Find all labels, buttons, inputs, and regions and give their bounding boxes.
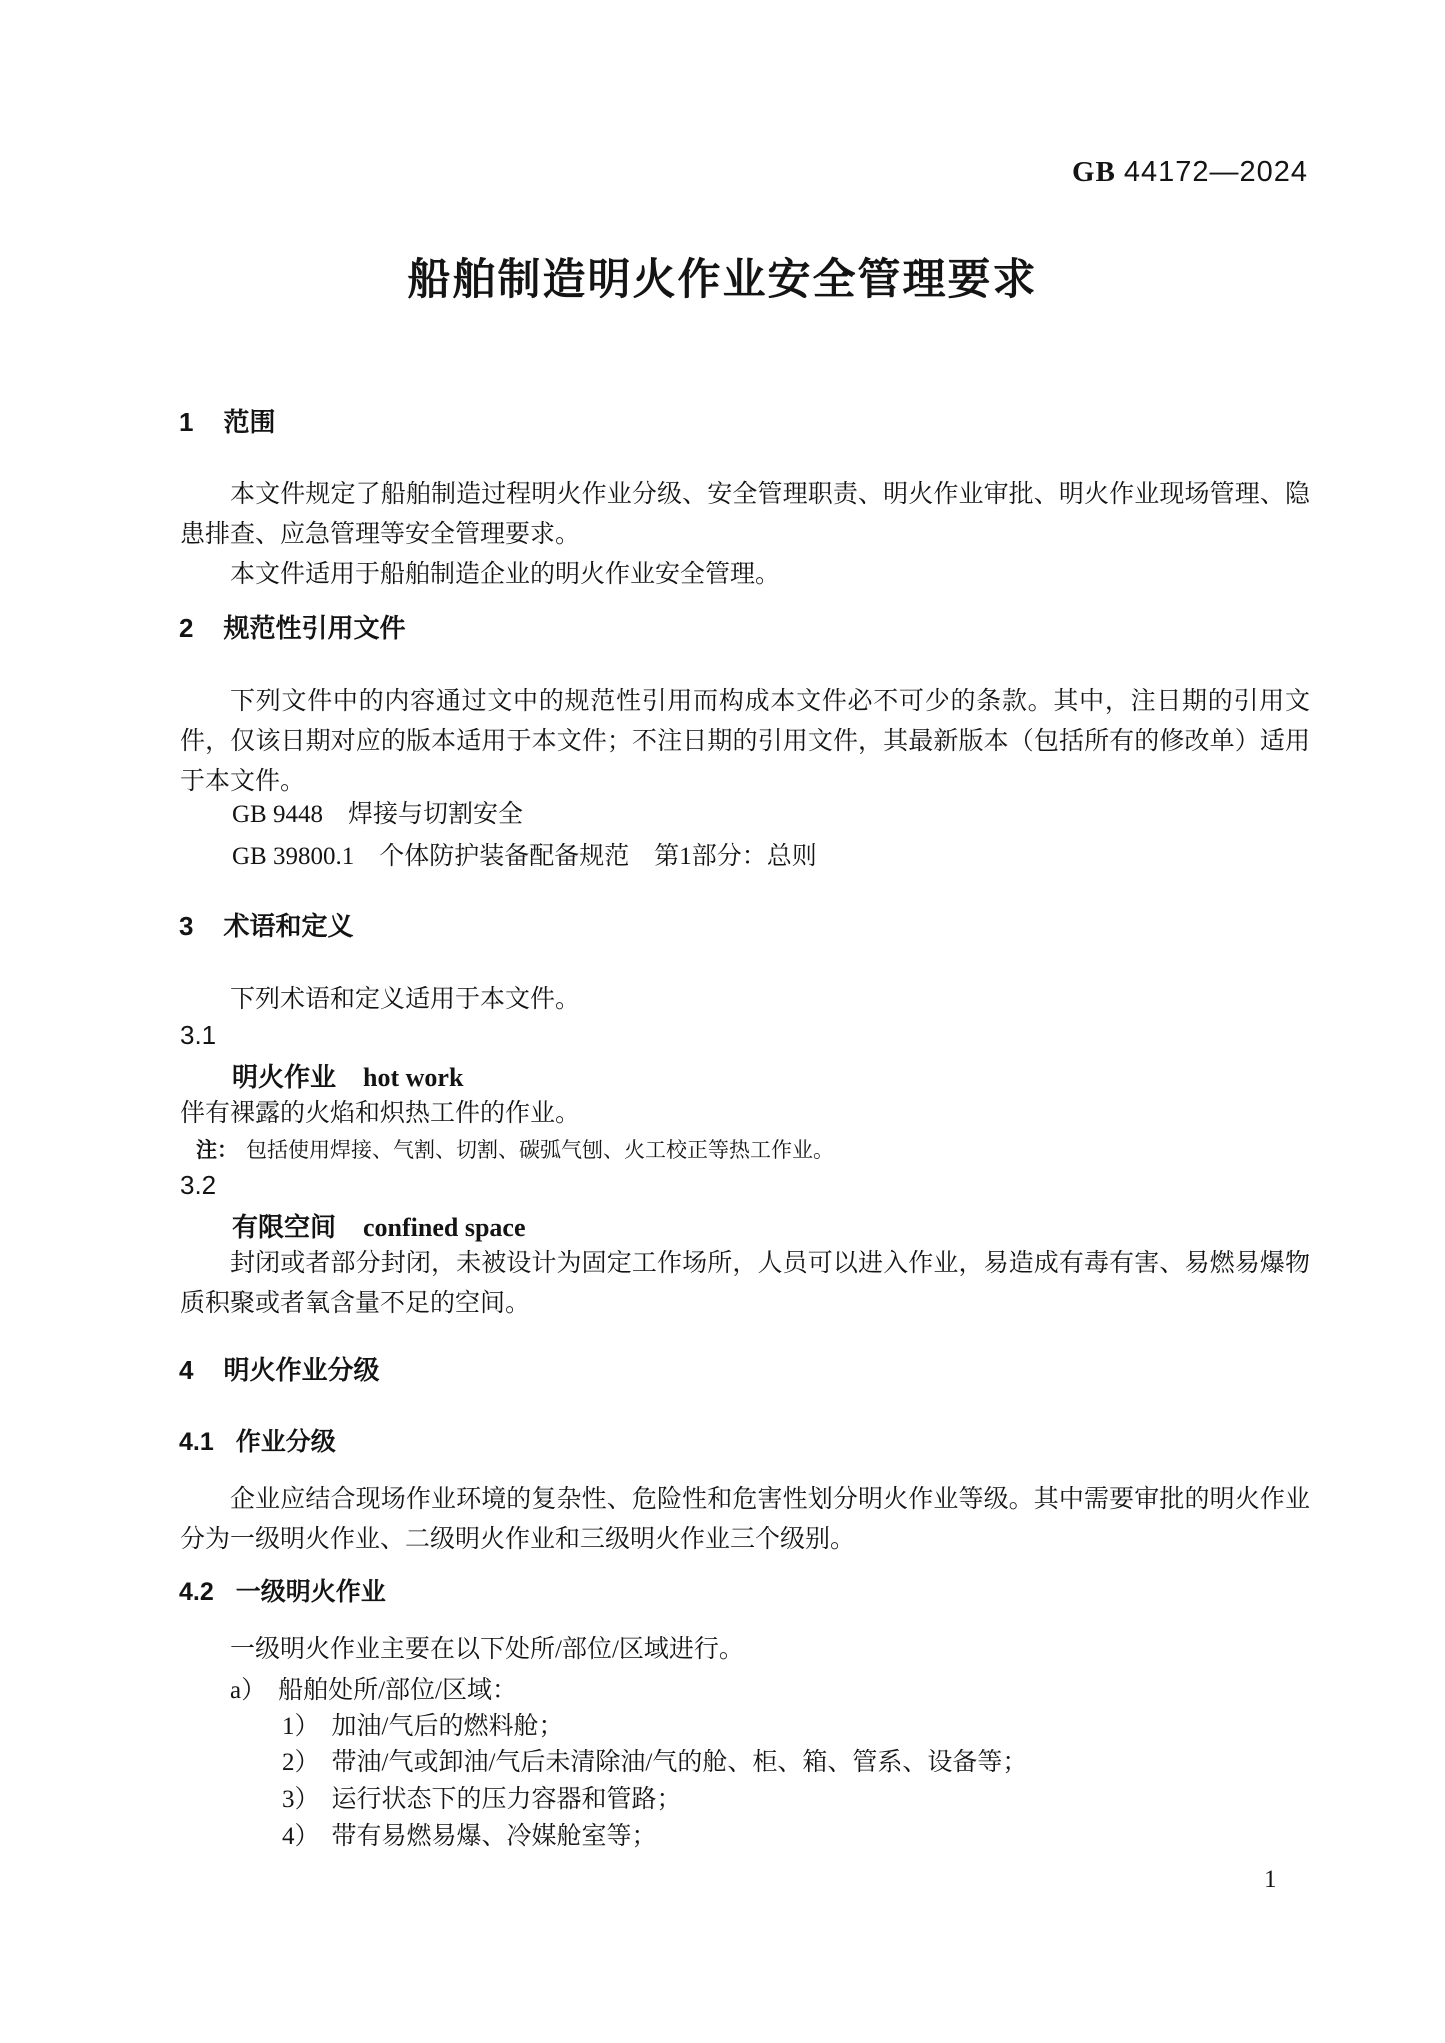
list-subitem-4-text: 带有易燃易爆、冷媒舱室等； bbox=[332, 1823, 657, 1850]
doc-number: GB44172—2024 bbox=[1072, 156, 1308, 189]
section-4-heading: 4明火作业分级 bbox=[179, 1350, 379, 1387]
list-subitem-4-marker: 4） bbox=[282, 1823, 320, 1850]
section-4-1-paragraph: 企业应结合现场作业环境的复杂性、危险性和危害性划分明火作业等级。其中需要审批的明… bbox=[180, 1480, 1310, 1560]
section-1-heading: 1范围 bbox=[179, 402, 275, 439]
section-4-2-number: 4.2 bbox=[179, 1578, 214, 1606]
list-subitem-4: 4）带有易燃易爆、冷媒舱室等； bbox=[282, 1816, 657, 1852]
section-2-title: 规范性引用文件 bbox=[223, 613, 405, 643]
term-hot-work-note: 注：包括使用焊接、气割、切割、碳弧气刨、火工校正等热工作业。 bbox=[196, 1134, 1310, 1167]
list-subitem-1-marker: 1） bbox=[282, 1713, 320, 1740]
section-4-2-heading: 4.2一级明火作业 bbox=[179, 1572, 386, 1608]
section-3-intro: 下列术语和定义适用于本文件。 bbox=[180, 980, 1310, 1020]
section-3-title: 术语和定义 bbox=[223, 911, 353, 941]
section-1-number: 1 bbox=[179, 407, 193, 437]
term-confined-space: 有限空间confined space bbox=[232, 1207, 526, 1244]
section-1-paragraph-1: 本文件规定了船舶制造过程明火作业分级、安全管理职责、明火作业审批、明火作业现场管… bbox=[180, 475, 1310, 555]
page-number: 1 bbox=[1264, 1866, 1277, 1894]
list-subitem-3-marker: 3） bbox=[282, 1786, 320, 1813]
list-subitem-2-marker: 2） bbox=[282, 1749, 320, 1776]
section-4-title: 明火作业分级 bbox=[223, 1355, 379, 1385]
section-2-paragraph-1: 下列文件中的内容通过文中的规范性引用而构成本文件必不可少的条款。其中，注日期的引… bbox=[180, 682, 1310, 802]
list-subitem-3: 3）运行状态下的压力容器和管路； bbox=[282, 1779, 682, 1815]
list-item-a-marker: a） bbox=[230, 1677, 266, 1704]
section-2-number: 2 bbox=[179, 613, 193, 643]
list-item-a-text: 船舶处所/部位/区域： bbox=[278, 1677, 517, 1704]
list-subitem-1-text: 加油/气后的燃料舱； bbox=[332, 1713, 564, 1740]
list-subitem-1: 1）加油/气后的燃料舱； bbox=[282, 1706, 563, 1742]
section-4-2-title: 一级明火作业 bbox=[236, 1578, 386, 1606]
note-text: 包括使用焊接、气割、切割、碳弧气刨、火工校正等热工作业。 bbox=[246, 1138, 834, 1162]
section-1-title: 范围 bbox=[223, 407, 275, 437]
section-4-1-number: 4.1 bbox=[179, 1428, 214, 1456]
normative-reference-2: GB 39800.1 个体防护装备配备规范 第1部分：总则 bbox=[232, 836, 817, 872]
section-1-paragraph-2: 本文件适用于船舶制造企业的明火作业安全管理。 bbox=[180, 555, 1310, 595]
note-label: 注： bbox=[196, 1139, 238, 1162]
section-4-1-title: 作业分级 bbox=[236, 1428, 336, 1456]
clause-3-2-number: 3.2 bbox=[180, 1170, 216, 1201]
doc-number-prefix: GB bbox=[1072, 156, 1116, 188]
section-4-2-intro: 一级明火作业主要在以下处所/部位/区域进行。 bbox=[180, 1630, 1310, 1670]
normative-reference-1: GB 9448 焊接与切割安全 bbox=[232, 794, 523, 830]
term-hot-work-zh: 明火作业 bbox=[232, 1062, 336, 1092]
list-item-a: a）船舶处所/部位/区域： bbox=[230, 1670, 517, 1706]
section-3-heading: 3术语和定义 bbox=[179, 906, 353, 943]
term-hot-work-en: hot work bbox=[363, 1063, 463, 1092]
doc-number-value: 44172—2024 bbox=[1124, 156, 1308, 188]
term-confined-space-en: confined space bbox=[363, 1213, 526, 1242]
document-title: 船舶制造明火作业安全管理要求 bbox=[0, 246, 1445, 307]
term-confined-space-definition: 封闭或者部分封闭，未被设计为固定工作场所，人员可以进入作业，易造成有毒有害、易燃… bbox=[180, 1244, 1310, 1324]
term-confined-space-zh: 有限空间 bbox=[232, 1212, 336, 1242]
section-4-number: 4 bbox=[179, 1355, 193, 1385]
standard-document-page: GB44172—2024 船舶制造明火作业安全管理要求 1范围 本文件规定了船舶… bbox=[0, 0, 1445, 2043]
term-hot-work: 明火作业hot work bbox=[232, 1057, 463, 1094]
section-3-number: 3 bbox=[179, 911, 193, 941]
clause-3-1-number: 3.1 bbox=[180, 1020, 216, 1051]
term-hot-work-definition: 伴有裸露的火焰和炽热工件的作业。 bbox=[180, 1094, 1310, 1134]
section-4-1-heading: 4.1作业分级 bbox=[179, 1422, 336, 1458]
list-subitem-3-text: 运行状态下的压力容器和管路； bbox=[332, 1786, 682, 1813]
list-subitem-2: 2）带油/气或卸油/气后未清除油/气的舱、柜、箱、管系、设备等； bbox=[282, 1742, 1027, 1778]
section-2-heading: 2规范性引用文件 bbox=[179, 608, 405, 645]
list-subitem-2-text: 带油/气或卸油/气后未清除油/气的舱、柜、箱、管系、设备等； bbox=[332, 1749, 1028, 1776]
